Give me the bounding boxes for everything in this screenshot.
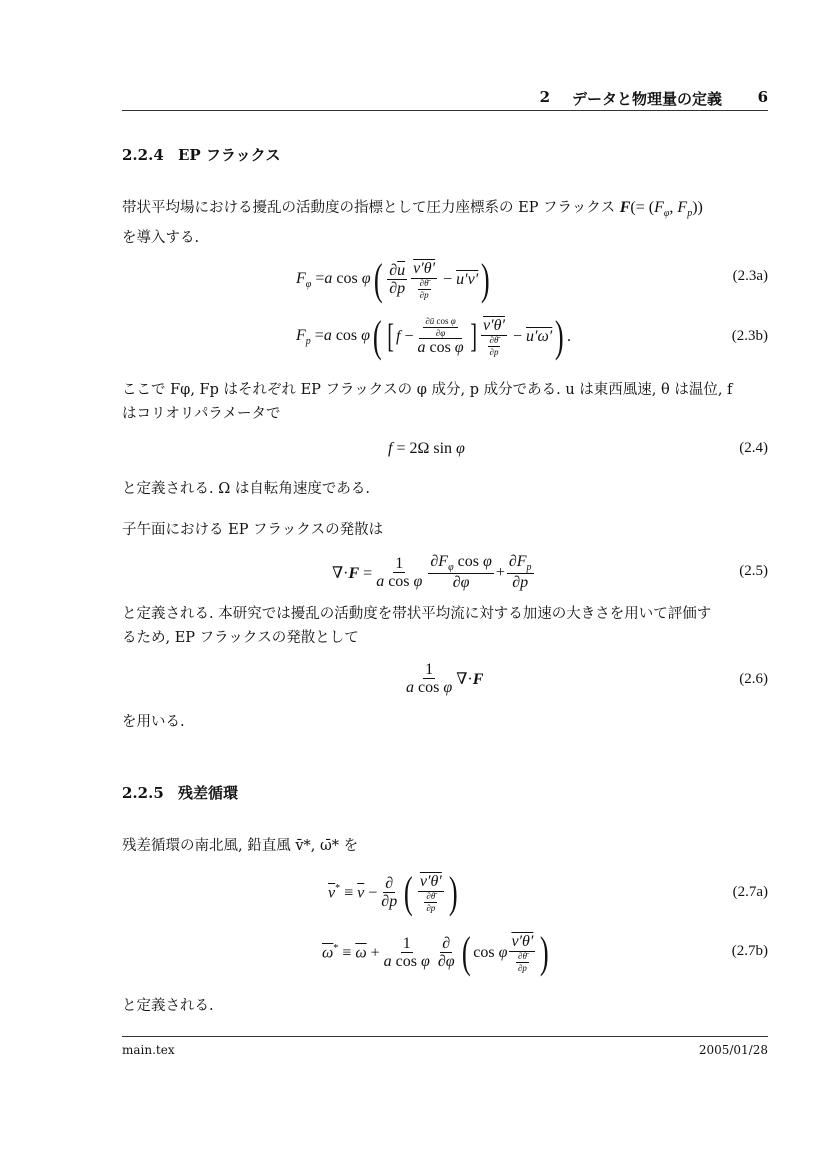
chapter-title: データと物理量の定義: [572, 88, 722, 109]
equation-number: (2.5): [739, 563, 768, 580]
section-number: 2.2.4: [122, 146, 178, 164]
chapter-number: 2: [540, 88, 550, 106]
running-header: 2 データと物理量の定義 6: [122, 88, 768, 111]
paragraph-text: 残差循環の南北風, 鉛直風 v̄*, ω̄* を: [122, 838, 358, 854]
equation-2-7b: ω* ≡ ω + 1a cos φ ∂∂φ ( cos φ v′θ′∂θ̄∂p …: [322, 924, 552, 982]
section-title: 残差循環: [178, 784, 238, 802]
equation-number: (2.3a): [733, 268, 768, 285]
paragraph-after-2-3: ここで Fφ, Fp はそれぞれ EP フラックスの φ 成分, p 成分である…: [122, 378, 772, 426]
paragraph-residual-intro: 残差循環の南北風, 鉛直風 v̄*, ω̄* を: [122, 834, 772, 858]
equation-number: (2.4): [739, 440, 768, 457]
paragraph-text: はコリオリパラメータで: [122, 406, 280, 422]
section-title: EP フラックス: [178, 146, 281, 164]
paragraph-text: と定義される. Ω は自転角速度である.: [122, 481, 370, 497]
equation-2-5: ∇·F = 1a cos φ ∂Fφ cos φ∂φ + ∂Fp∂p: [332, 550, 536, 596]
equation-2-4: f = 2Ω sin φ: [388, 440, 465, 458]
paragraph-after-2-6: を用いる.: [122, 710, 772, 734]
equation-2-7a: v* ≡ v − ∂∂p ( v′θ′∂θ̄∂p ): [328, 864, 460, 922]
paragraph-text: と定義される.: [122, 998, 214, 1014]
section-heading-2-2-4: 2.2.4EP フラックス: [122, 144, 281, 165]
equation-number: (2.7a): [733, 884, 768, 901]
equation-number: (2.7b): [732, 943, 768, 960]
equation-number: (2.6): [739, 671, 768, 688]
paragraph-text: を導入する.: [122, 230, 199, 246]
equation-number: (2.3b): [732, 328, 768, 345]
footer-date: 2005/01/28: [699, 1043, 768, 1057]
paragraph-text: 帯状平均場における擾乱の活動度の指標として圧力座標系の EP フラックス: [122, 200, 615, 216]
paragraph-text: を用いる.: [122, 714, 185, 730]
footer-filename: main.tex: [122, 1043, 175, 1057]
paragraph-text: るため, EP フラックスの発散として: [122, 630, 359, 646]
equation-2-3b: Fp =a cos φ ( [ f − ∂ū cos φ∂φa cos φ ] …: [296, 308, 571, 366]
ep-flux-vector: F(= (Fφ, Fp)): [620, 199, 703, 216]
paragraph-after-2-5: と定義される. 本研究では擾乱の活動度を帯状平均流に対する加速の大きさを用いて評…: [122, 602, 772, 650]
equation-2-6: 1a cos φ ∇·F: [402, 656, 483, 702]
paragraph-before-2-5: 子午面における EP フラックスの発散は: [122, 518, 772, 542]
equation-2-3a: Fφ =a cos φ ( ∂u∂p v′θ′∂θ̄∂p − u′v′ ): [296, 254, 493, 306]
paragraph-text: と定義される. 本研究では擾乱の活動度を帯状平均流に対する加速の大きさを用いて評…: [122, 606, 711, 622]
page-number: 6: [758, 88, 768, 106]
section-heading-2-2-5: 2.2.5残差循環: [122, 782, 238, 803]
section-number: 2.2.5: [122, 784, 178, 802]
paragraph-intro: 帯状平均場における擾乱の活動度の指標として圧力座標系の EP フラックス F(=…: [122, 196, 772, 250]
paragraph-residual-after: と定義される.: [122, 994, 772, 1018]
paragraph-after-2-4: と定義される. Ω は自転角速度である.: [122, 477, 772, 501]
running-footer: main.tex 2005/01/28: [122, 1036, 768, 1037]
paragraph-text: 子午面における EP フラックスの発散は: [122, 522, 383, 538]
paragraph-text: ここで Fφ, Fp はそれぞれ EP フラックスの φ 成分, p 成分である…: [122, 382, 732, 398]
